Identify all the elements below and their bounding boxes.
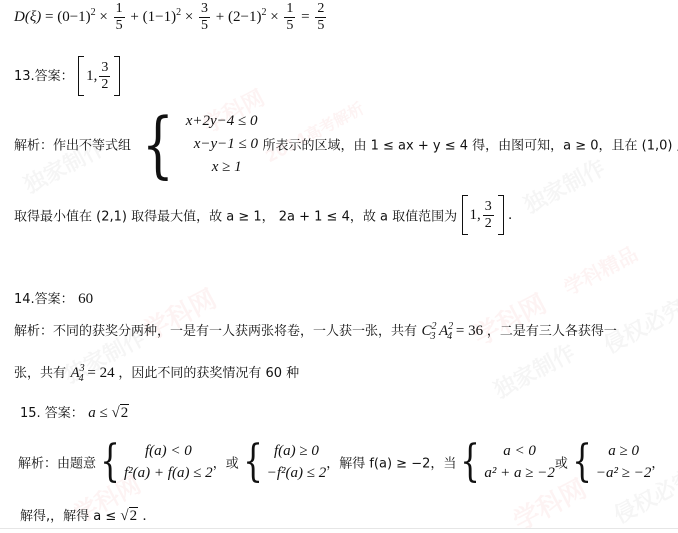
inequality-system: f(a) < 0 f²(a) + f(a) ≤ 2	[124, 440, 213, 484]
analysis-text: 所表示的区域，由 1 ≤ ax + y ≤ 4 得，由图可知，a ≥ 0，且在 …	[262, 139, 678, 154]
period: .	[508, 207, 512, 223]
q15-analysis: 解析：由题意{ f(a) < 0 f²(a) + f(a) ≤ 2 ，或{ f(…	[18, 440, 664, 484]
analysis-text: 解得,，解得 a ≤	[20, 509, 120, 524]
interval-left: 1,	[470, 207, 481, 224]
subscript: 3	[430, 331, 435, 342]
fraction: 15	[114, 2, 125, 33]
answer-lhs: a ≤	[88, 405, 111, 421]
formula-rhs: = 36	[456, 323, 483, 339]
numerator: 2	[315, 2, 326, 18]
q14-answer: 14.答案： 60	[14, 288, 93, 308]
inequality-system: f(a) ≥ 0 −f²(a) ≤ 2	[267, 440, 327, 484]
fraction: 25	[315, 2, 326, 33]
radicand: 2	[120, 404, 130, 421]
arrangement-formula: A34 = 24	[70, 365, 118, 381]
fraction: 15	[284, 2, 295, 33]
inequality-system: a ≥ 0 −a² ≥ −2	[596, 440, 651, 484]
interval-answer: 1, 32	[78, 56, 120, 96]
denominator: 5	[199, 18, 210, 33]
analysis-text: 张，共有	[14, 366, 66, 381]
numerator: 1	[284, 2, 295, 18]
q15-label: 15. 答案：	[20, 406, 84, 421]
radicand: 2	[129, 507, 139, 524]
left-brace: {	[243, 440, 263, 484]
left-brace: {	[572, 440, 592, 484]
term-exp: 2	[176, 7, 181, 18]
term-base: (0−1)	[57, 9, 90, 25]
inequality: a < 0	[484, 440, 554, 462]
analysis-text: ，二是有三人各获得一	[487, 324, 617, 339]
analysis-text: 或	[555, 457, 568, 472]
sqrt: √2	[112, 405, 130, 422]
times-sign: ×	[185, 9, 193, 25]
numerator: 1	[114, 2, 125, 18]
analysis-prefix: 解析：由题意	[18, 457, 96, 472]
denominator: 5	[315, 18, 326, 33]
q14-analysis-line2: 张，共有 A34 = 24 ，因此不同的获奖情况有 60 种	[14, 362, 299, 384]
inequality: x+2y−4 ≤ 0	[186, 110, 258, 133]
variance-formula: D(ξ) = (0−1)2 × 15 + (1−1)2 × 35 + (2−1)…	[14, 2, 328, 33]
denominator: 2	[483, 216, 494, 231]
fraction: 35	[199, 2, 210, 33]
inequality: a ≥ 0	[596, 440, 651, 462]
sqrt: √2	[120, 508, 138, 525]
right-bracket	[114, 56, 120, 96]
fraction: 32	[99, 61, 110, 92]
watermark: 学科精品	[558, 238, 642, 301]
analysis-text: ，或	[213, 457, 239, 472]
term-exp: 2	[91, 7, 96, 18]
term-base: (2−1)	[228, 9, 261, 25]
combination-formula: C23 A24 = 36	[421, 323, 486, 339]
inequality: −f²(a) ≤ 2	[267, 462, 327, 484]
interval-left: 1,	[86, 68, 97, 85]
period: .	[143, 508, 147, 524]
analysis-prefix: 解析：作出不等式组	[14, 139, 131, 154]
inequality: f(a) < 0	[124, 440, 213, 462]
times-sign: ×	[270, 9, 278, 25]
inequality: x ≥ 1	[186, 156, 258, 179]
denominator: 2	[99, 77, 110, 92]
left-bracket	[462, 195, 468, 235]
q14-answer-value: 60	[78, 291, 93, 307]
left-brace: {	[461, 440, 481, 484]
q15-final: 解得,，解得 a ≤ √2 .	[20, 505, 146, 525]
right-bracket	[498, 195, 504, 235]
analysis-text: ，解得 f(a) ≥ −2，当	[326, 457, 456, 472]
inequality: x−y−1 ≤ 0	[186, 133, 258, 156]
denominator: 5	[284, 18, 295, 33]
numerator: 3	[199, 2, 210, 18]
watermark: 独家制作	[488, 336, 580, 405]
q13-answer: 13.答案： 1, 32	[14, 56, 120, 96]
left-brace: {	[100, 440, 120, 484]
page-divider	[0, 528, 678, 529]
term-base: (1−1)	[143, 9, 176, 25]
subscript: 4	[79, 373, 84, 384]
analysis-text: 解析：不同的获奖分两种，一是有一人获两张将卷，一人获一张，共有	[14, 324, 417, 339]
numerator: 3	[99, 61, 110, 77]
analysis-text: ，	[651, 457, 664, 472]
left-brace: {	[142, 108, 174, 180]
inequality-system: x+2y−4 ≤ 0 x−y−1 ≤ 0 x ≥ 1	[186, 110, 258, 179]
formula-lhs: D(ξ)	[14, 9, 41, 25]
analysis-text: 取得最小值在 (2,1) 取得最大值，故 a ≥ 1， 2a + 1 ≤ 4，故…	[14, 210, 457, 225]
equals-sign: =	[301, 9, 309, 25]
left-bracket	[78, 56, 84, 96]
plus-sign: +	[216, 9, 224, 25]
analysis-text: ，因此不同的获奖情况有 60 种	[118, 366, 299, 381]
fraction: 32	[483, 200, 494, 231]
term-exp: 2	[261, 7, 266, 18]
interval-answer: 1, 32	[462, 195, 504, 235]
inequality: f(a) ≥ 0	[267, 440, 327, 462]
subscript: 4	[447, 331, 452, 342]
denominator: 5	[114, 18, 125, 33]
q14-label: 14.答案：	[14, 292, 74, 307]
q13-label: 13.答案：	[14, 69, 74, 84]
q15-answer: 15. 答案： a ≤ √2	[20, 402, 129, 422]
equals-sign: =	[45, 9, 53, 25]
q13-analysis-line2: 取得最小值在 (2,1) 取得最大值，故 a ≥ 1， 2a + 1 ≤ 4，故…	[14, 195, 512, 235]
q14-analysis-line1: 解析：不同的获奖分两种，一是有一人获两张将卷，一人获一张，共有 C23 A24 …	[14, 320, 617, 342]
formula-rhs: = 24	[87, 365, 114, 381]
inequality: −a² ≥ −2	[596, 462, 651, 484]
watermark: 学科网	[466, 284, 552, 353]
q13-analysis-line1: 解析：作出不等式组 { x+2y−4 ≤ 0 x−y−1 ≤ 0 x ≥ 1 所…	[14, 108, 678, 180]
inequality: f²(a) + f(a) ≤ 2	[124, 462, 213, 484]
inequality-system: a < 0 a² + a ≥ −2	[484, 440, 554, 484]
inequality: a² + a ≥ −2	[484, 462, 554, 484]
plus-sign: +	[130, 9, 138, 25]
times-sign: ×	[99, 9, 107, 25]
numerator: 3	[483, 200, 494, 216]
